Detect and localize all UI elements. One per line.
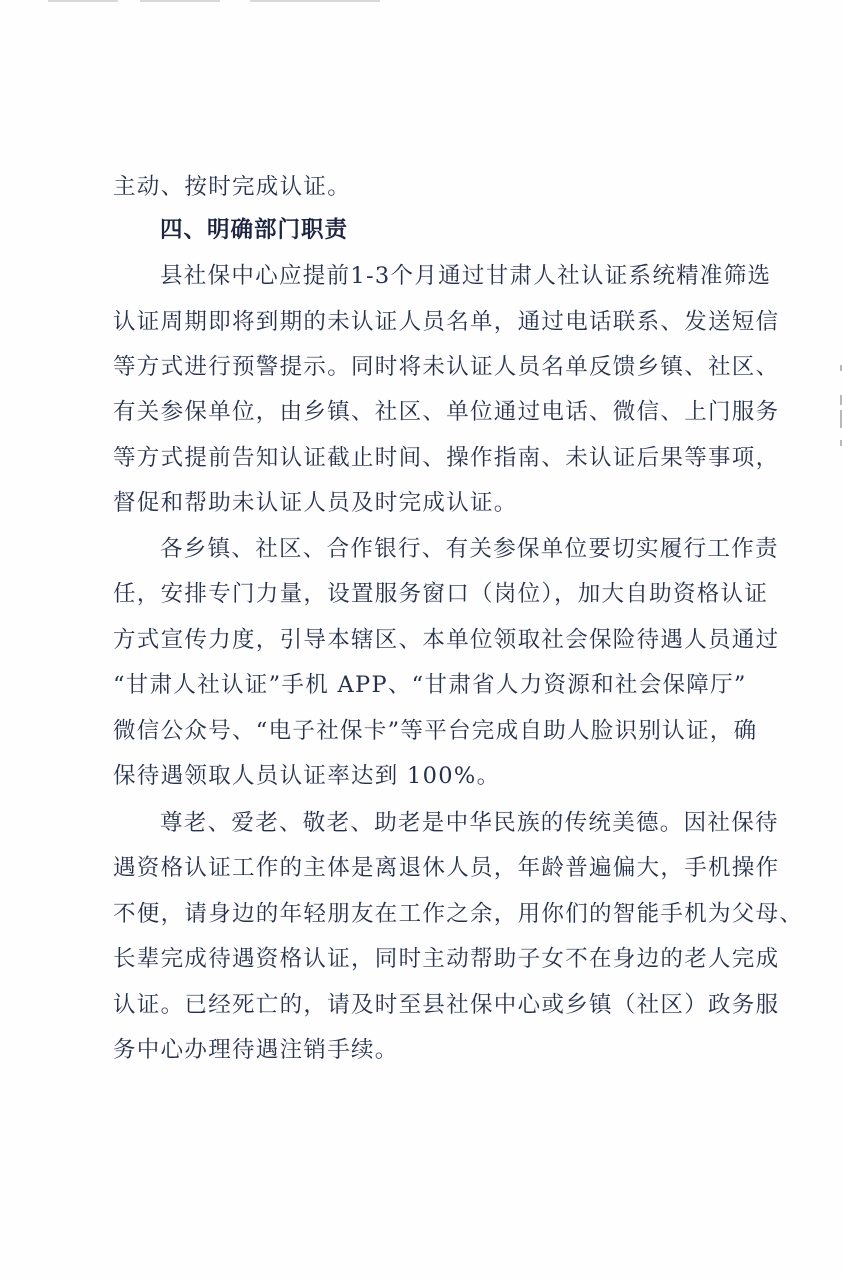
scan-artifact [48, 0, 118, 2]
paragraph-line: 不便，请身边的年轻朋友在工作之余，用你们的智能手机为父母、 [113, 899, 738, 929]
paragraph-line: “甘肃人社认证”手机 APP、“甘肃省人力资源和社会保障厅” [113, 670, 738, 700]
paragraph-line: 遇资格认证工作的主体是离退休人员，年龄普遍偏大，手机操作 [113, 853, 738, 883]
paragraph-line: 认证周期即将到期的未认证人员名单，通过电话联系、发送短信 [113, 307, 738, 337]
paragraph-line: 县社保中心应提前1-3个月通过甘肃人社认证系统精准筛选 [160, 261, 738, 291]
paragraph-line: 认证。已经死亡的，请及时至县社保中心或乡镇（社区）政务服 [113, 990, 738, 1020]
paragraph-line: 任，安排专门力量，设置服务窗口（岗位），加大自助资格认证 [113, 579, 738, 609]
paragraph-line: 务中心办理待遇注销手续。 [113, 1035, 738, 1065]
document-page: 主动、按时完成认证。四、明确部门职责县社保中心应提前1-3个月通过甘肃人社认证系… [0, 0, 842, 1278]
paragraph-line: 长辈完成待遇资格认证，同时主动帮助子女不在身边的老人完成 [113, 944, 738, 974]
paragraph-line: 等方式提前告知认证截止时间、操作指南、未认证后果等事项， [113, 443, 738, 473]
scan-artifact [140, 0, 220, 2]
paragraph-line: 尊老、爱老、敬老、助老是中华民族的传统美德。因社保待 [160, 808, 738, 838]
paragraph-line: 等方式进行预警提示。同时将未认证人员名单反馈乡镇、社区、 [113, 352, 738, 382]
paragraph-line: 督促和帮助未认证人员及时完成认证。 [113, 488, 738, 518]
paragraph-line: 有关参保单位，由乡镇、社区、单位通过电话、微信、上门服务 [113, 397, 738, 427]
paragraph-line: 微信公众号、“电子社保卡”等平台完成自助人脸识别认证，确 [113, 716, 738, 746]
scan-artifact [250, 0, 380, 2]
paragraph-line: 主动、按时完成认证。 [113, 172, 738, 202]
paragraph-line: 保待遇领取人员认证率达到 100%。 [113, 761, 738, 791]
paragraph-line: 各乡镇、社区、合作银行、有关参保单位要切实履行工作责 [160, 534, 738, 564]
paragraph-line: 方式宣传力度，引导本辖区、本单位领取社会保险待遇人员通过 [113, 625, 738, 655]
section-heading: 四、明确部门职责 [160, 215, 738, 245]
